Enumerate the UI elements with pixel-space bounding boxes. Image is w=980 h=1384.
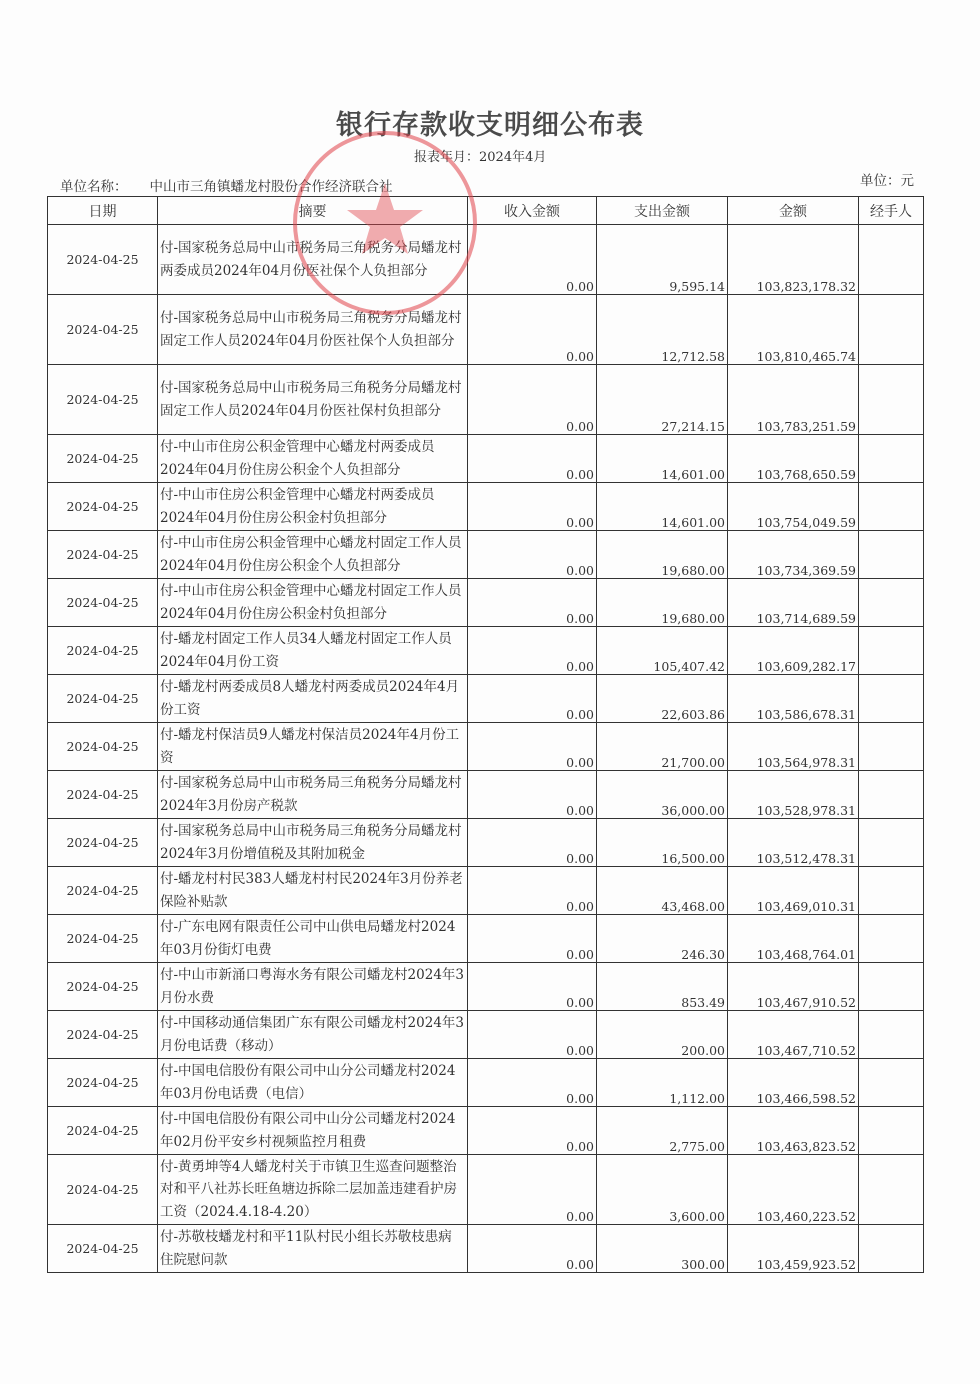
table-row: 2024-04-25付-蟠龙村两委成员8人蟠龙村两委成员2024年4月份工资0.… (48, 675, 924, 723)
expense-cell: 36,000.00 (597, 771, 728, 819)
organization-name: 中山市三角镇蟠龙村股份合作经济联合社 (150, 179, 393, 195)
date-cell: 2024-04-25 (48, 531, 158, 579)
header-date: 日期 (48, 197, 158, 225)
header-memo: 摘要 (158, 197, 468, 225)
balance-cell: 103,467,710.52 (728, 1011, 859, 1059)
expense-cell: 21,700.00 (597, 723, 728, 771)
table-row: 2024-04-25付-中山市住房公积金管理中心蟠龙村两委成员2024年04月份… (48, 435, 924, 483)
document-title: 银行存款收支明细公布表 (0, 103, 980, 142)
expense-cell: 27,214.15 (597, 365, 728, 435)
balance-cell: 103,467,910.52 (728, 963, 859, 1011)
memo-cell: 付-中山市住房公积金管理中心蟠龙村固定工作人员2024年04月份住房公积金个人负… (158, 531, 468, 579)
handler-cell (859, 675, 924, 723)
balance-cell: 103,714,689.59 (728, 579, 859, 627)
income-cell: 0.00 (468, 1155, 597, 1225)
date-cell: 2024-04-25 (48, 771, 158, 819)
expense-cell: 246.30 (597, 915, 728, 963)
date-cell: 2024-04-25 (48, 1059, 158, 1107)
table-row: 2024-04-25付-国家税务总局中山市税务局三角税务分局蟠龙村2024年3月… (48, 819, 924, 867)
memo-cell: 付-苏敬枝蟠龙村和平11队村民小组长苏敬枝患病住院慰问款 (158, 1225, 468, 1273)
handler-cell (859, 1225, 924, 1273)
memo-cell: 付-中山市新涌口粤海水务有限公司蟠龙村2024年3月份水费 (158, 963, 468, 1011)
income-cell: 0.00 (468, 1107, 597, 1155)
balance-cell: 103,810,465.74 (728, 295, 859, 365)
organization-row: 单位名称：中山市三角镇蟠龙村股份合作经济联合社 (60, 175, 393, 195)
income-cell: 0.00 (468, 483, 597, 531)
balance-cell: 103,823,178.32 (728, 225, 859, 295)
expense-cell: 200.00 (597, 1011, 728, 1059)
balance-cell: 103,512,478.31 (728, 819, 859, 867)
memo-cell: 付-中山市住房公积金管理中心蟠龙村两委成员2024年04月份住房公积金个人负担部… (158, 435, 468, 483)
income-cell: 0.00 (468, 1225, 597, 1273)
memo-cell: 付-国家税务总局中山市税务局三角税务分局蟠龙村固定工作人员2024年04月份医社… (158, 295, 468, 365)
balance-cell: 103,466,598.52 (728, 1059, 859, 1107)
handler-cell (859, 365, 924, 435)
ledger-body: 2024-04-25付-国家税务总局中山市税务局三角税务分局蟠龙村两委成员202… (48, 225, 924, 1273)
income-cell: 0.00 (468, 531, 597, 579)
table-row: 2024-04-25付-黄勇坤等4人蟠龙村关于市镇卫生巡查问题整治对和平八社苏长… (48, 1155, 924, 1225)
balance-cell: 103,768,650.59 (728, 435, 859, 483)
table-row: 2024-04-25付-国家税务总局中山市税务局三角税务分局蟠龙村2024年3月… (48, 771, 924, 819)
income-cell: 0.00 (468, 365, 597, 435)
income-cell: 0.00 (468, 819, 597, 867)
table-row: 2024-04-25付-中山市住房公积金管理中心蟠龙村固定工作人员2024年04… (48, 579, 924, 627)
handler-cell (859, 771, 924, 819)
expense-cell: 19,680.00 (597, 579, 728, 627)
handler-cell (859, 225, 924, 295)
date-cell: 2024-04-25 (48, 867, 158, 915)
table-row: 2024-04-25付-中山市住房公积金管理中心蟠龙村固定工作人员2024年04… (48, 531, 924, 579)
handler-cell (859, 867, 924, 915)
report-period-label: 报表年月： (414, 150, 479, 165)
handler-cell (859, 819, 924, 867)
expense-cell: 16,500.00 (597, 819, 728, 867)
income-cell: 0.00 (468, 915, 597, 963)
header-handler: 经手人 (859, 197, 924, 225)
date-cell: 2024-04-25 (48, 1225, 158, 1273)
handler-cell (859, 1011, 924, 1059)
memo-cell: 付-蟠龙村固定工作人员34人蟠龙村固定工作人员2024年04月份工资 (158, 627, 468, 675)
income-cell: 0.00 (468, 963, 597, 1011)
memo-cell: 付-中国电信股份有限公司中山分公司蟠龙村2024年02月份平安乡村视频监控月租费 (158, 1107, 468, 1155)
handler-cell (859, 295, 924, 365)
handler-cell (859, 915, 924, 963)
handler-cell (859, 627, 924, 675)
document-page: 银行存款收支明细公布表 报表年月：2024年4月 单位名称：中山市三角镇蟠龙村股… (0, 0, 980, 1384)
balance-cell: 103,528,978.31 (728, 771, 859, 819)
handler-cell (859, 483, 924, 531)
memo-cell: 付-中国电信股份有限公司中山分公司蟠龙村2024年03月份电话费（电信） (158, 1059, 468, 1107)
income-cell: 0.00 (468, 295, 597, 365)
date-cell: 2024-04-25 (48, 1155, 158, 1225)
income-cell: 0.00 (468, 435, 597, 483)
date-cell: 2024-04-25 (48, 483, 158, 531)
date-cell: 2024-04-25 (48, 1107, 158, 1155)
memo-cell: 付-蟠龙村两委成员8人蟠龙村两委成员2024年4月份工资 (158, 675, 468, 723)
expense-cell: 9,595.14 (597, 225, 728, 295)
balance-cell: 103,468,764.01 (728, 915, 859, 963)
table-row: 2024-04-25付-中山市新涌口粤海水务有限公司蟠龙村2024年3月份水费0… (48, 963, 924, 1011)
expense-cell: 300.00 (597, 1225, 728, 1273)
balance-cell: 103,754,049.59 (728, 483, 859, 531)
balance-cell: 103,564,978.31 (728, 723, 859, 771)
ledger-header-row: 日期 摘要 收入金额 支出金额 金额 经手人 (48, 197, 924, 225)
table-row: 2024-04-25付-蟠龙村保洁员9人蟠龙村保洁员2024年4月份工资0.00… (48, 723, 924, 771)
expense-cell: 105,407.42 (597, 627, 728, 675)
expense-cell: 1,112.00 (597, 1059, 728, 1107)
table-row: 2024-04-25付-广东电网有限责任公司中山供电局蟠龙村2024年03月份街… (48, 915, 924, 963)
balance-cell: 103,586,678.31 (728, 675, 859, 723)
date-cell: 2024-04-25 (48, 435, 158, 483)
ledger-table: 日期 摘要 收入金额 支出金额 金额 经手人 2024-04-25付-国家税务总… (47, 196, 924, 1273)
balance-cell: 103,460,223.52 (728, 1155, 859, 1225)
income-cell: 0.00 (468, 579, 597, 627)
table-row: 2024-04-25付-蟠龙村村民383人蟠龙村村民2024年3月份养老保险补贴… (48, 867, 924, 915)
handler-cell (859, 1155, 924, 1225)
date-cell: 2024-04-25 (48, 295, 158, 365)
handler-cell (859, 723, 924, 771)
balance-cell: 103,783,251.59 (728, 365, 859, 435)
handler-cell (859, 579, 924, 627)
income-cell: 0.00 (468, 771, 597, 819)
table-row: 2024-04-25付-国家税务总局中山市税务局三角税务分局蟠龙村两委成员202… (48, 225, 924, 295)
header-expense: 支出金额 (597, 197, 728, 225)
date-cell: 2024-04-25 (48, 627, 158, 675)
table-row: 2024-04-25付-中山市住房公积金管理中心蟠龙村两委成员2024年04月份… (48, 483, 924, 531)
table-row: 2024-04-25付-中国电信股份有限公司中山分公司蟠龙村2024年03月份电… (48, 1059, 924, 1107)
memo-cell: 付-广东电网有限责任公司中山供电局蟠龙村2024年03月份街灯电费 (158, 915, 468, 963)
report-period: 报表年月：2024年4月 (414, 146, 546, 165)
income-cell: 0.00 (468, 1011, 597, 1059)
memo-cell: 付-中山市住房公积金管理中心蟠龙村固定工作人员2024年04月份住房公积金村负担… (158, 579, 468, 627)
date-cell: 2024-04-25 (48, 723, 158, 771)
header-balance: 金额 (728, 197, 859, 225)
balance-cell: 103,463,823.52 (728, 1107, 859, 1155)
memo-cell: 付-蟠龙村村民383人蟠龙村村民2024年3月份养老保险补贴款 (158, 867, 468, 915)
report-period-value: 2024年4月 (479, 150, 546, 165)
expense-cell: 19,680.00 (597, 531, 728, 579)
expense-cell: 14,601.00 (597, 435, 728, 483)
date-cell: 2024-04-25 (48, 675, 158, 723)
income-cell: 0.00 (468, 627, 597, 675)
balance-cell: 103,459,923.52 (728, 1225, 859, 1273)
date-cell: 2024-04-25 (48, 579, 158, 627)
table-row: 2024-04-25付-蟠龙村固定工作人员34人蟠龙村固定工作人员2024年04… (48, 627, 924, 675)
memo-cell: 付-蟠龙村保洁员9人蟠龙村保洁员2024年4月份工资 (158, 723, 468, 771)
table-row: 2024-04-25付-国家税务总局中山市税务局三角税务分局蟠龙村固定工作人员2… (48, 295, 924, 365)
table-row: 2024-04-25付-国家税务总局中山市税务局三角税务分局蟠龙村固定工作人员2… (48, 365, 924, 435)
income-cell: 0.00 (468, 225, 597, 295)
header-income: 收入金额 (468, 197, 597, 225)
expense-cell: 3,600.00 (597, 1155, 728, 1225)
memo-cell: 付-中山市住房公积金管理中心蟠龙村两委成员2024年04月份住房公积金村负担部分 (158, 483, 468, 531)
date-cell: 2024-04-25 (48, 963, 158, 1011)
date-cell: 2024-04-25 (48, 225, 158, 295)
table-row: 2024-04-25付-中国移动通信集团广东有限公司蟠龙村2024年3月份电话费… (48, 1011, 924, 1059)
balance-cell: 103,469,010.31 (728, 867, 859, 915)
income-cell: 0.00 (468, 1059, 597, 1107)
balance-cell: 103,734,369.59 (728, 531, 859, 579)
memo-cell: 付-黄勇坤等4人蟠龙村关于市镇卫生巡查问题整治对和平八社苏长旺鱼塘边拆除二层加盖… (158, 1155, 468, 1225)
date-cell: 2024-04-25 (48, 365, 158, 435)
handler-cell (859, 1107, 924, 1155)
organization-label: 单位名称： (60, 179, 128, 195)
income-cell: 0.00 (468, 723, 597, 771)
table-row: 2024-04-25付-苏敬枝蟠龙村和平11队村民小组长苏敬枝患病住院慰问款0.… (48, 1225, 924, 1273)
expense-cell: 853.49 (597, 963, 728, 1011)
table-row: 2024-04-25付-中国电信股份有限公司中山分公司蟠龙村2024年02月份平… (48, 1107, 924, 1155)
memo-cell: 付-国家税务总局中山市税务局三角税务分局蟠龙村2024年3月份增值税及其附加税金 (158, 819, 468, 867)
memo-cell: 付-国家税务总局中山市税务局三角税务分局蟠龙村2024年3月份房产税款 (158, 771, 468, 819)
expense-cell: 43,468.00 (597, 867, 728, 915)
balance-cell: 103,609,282.17 (728, 627, 859, 675)
expense-cell: 12,712.58 (597, 295, 728, 365)
memo-cell: 付-国家税务总局中山市税务局三角税务分局蟠龙村两委成员2024年04月份医社保个… (158, 225, 468, 295)
date-cell: 2024-04-25 (48, 915, 158, 963)
date-cell: 2024-04-25 (48, 819, 158, 867)
expense-cell: 14,601.00 (597, 483, 728, 531)
expense-cell: 2,775.00 (597, 1107, 728, 1155)
income-cell: 0.00 (468, 675, 597, 723)
date-cell: 2024-04-25 (48, 1011, 158, 1059)
handler-cell (859, 435, 924, 483)
handler-cell (859, 963, 924, 1011)
expense-cell: 22,603.86 (597, 675, 728, 723)
handler-cell (859, 531, 924, 579)
income-cell: 0.00 (468, 867, 597, 915)
memo-cell: 付-国家税务总局中山市税务局三角税务分局蟠龙村固定工作人员2024年04月份医社… (158, 365, 468, 435)
memo-cell: 付-中国移动通信集团广东有限公司蟠龙村2024年3月份电话费（移动） (158, 1011, 468, 1059)
currency-unit: 单位：元 (860, 169, 914, 189)
handler-cell (859, 1059, 924, 1107)
